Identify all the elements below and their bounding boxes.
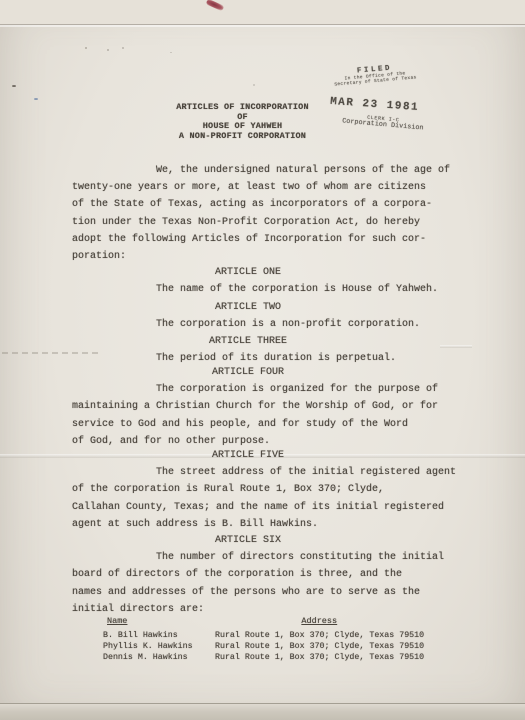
intro-line: of the State of Texas, acting as incorpo… xyxy=(72,196,450,213)
document-title: ARTICLES OF INCORPORATIONOFHOUSE OF YAHW… xyxy=(155,103,330,141)
article-line: service to God and his people, and for s… xyxy=(72,416,424,433)
directors-table-rows: B. Bill HawkinsRural Route 1, Box 370; C… xyxy=(103,631,424,664)
clerk-stamp: CLERK I-C Corporation Division xyxy=(332,112,435,134)
director-row: B. Bill HawkinsRural Route 1, Box 370; C… xyxy=(103,631,424,642)
article-two-heading: ARTICLE TWO xyxy=(72,299,424,316)
filed-date-stamp: MAR 23 1981 xyxy=(330,96,420,114)
article-line: Callahan County, Texas; and the name of … xyxy=(72,499,424,516)
article-line: The number of directors constituting the… xyxy=(72,549,424,566)
scanned-document-page: FILED In the Office of the Secretary of … xyxy=(0,0,525,720)
intro-line: tion under the Texas Non-Profit Corporat… xyxy=(72,214,450,231)
director-row-name: Dennis M. Hawkins xyxy=(103,653,215,664)
article-five-body: The street address of the initial regist… xyxy=(72,464,424,533)
article-five: ARTICLE FIVE The street address of the i… xyxy=(72,447,424,533)
article-line: board of directors of the corporation is… xyxy=(72,566,424,583)
ink-speck xyxy=(12,85,16,87)
article-line: names and addresses of the persons who a… xyxy=(72,584,424,601)
dust-speck xyxy=(85,47,87,49)
name-column-header: Name xyxy=(107,616,127,626)
article-line: agent at such address is B. Bill Hawkins… xyxy=(72,516,424,533)
intro-line: We, the undersigned natural persons of t… xyxy=(72,162,450,179)
article-three-heading: ARTICLE THREE xyxy=(72,333,424,350)
article-three: ARTICLE THREE The period of its duration… xyxy=(72,333,424,367)
article-two-body: The corporation is a non-profit corporat… xyxy=(72,316,424,333)
dust-speck xyxy=(170,52,172,53)
article-four-heading: ARTICLE FOUR xyxy=(72,364,424,381)
director-row: Phyllis K. HawkinsRural Route 1, Box 370… xyxy=(103,642,424,653)
intro-line: poration: xyxy=(72,248,450,265)
intro-line: twenty-one years or more, at least two o… xyxy=(72,179,450,196)
article-one: ARTICLE ONE The name of the corporation … xyxy=(72,264,424,298)
address-column-header: Address xyxy=(301,616,337,626)
filed-stamp: FILED In the Office of the Secretary of … xyxy=(315,61,434,90)
director-row: Dennis M. HawkinsRural Route 1, Box 370;… xyxy=(103,653,424,664)
document-title-line: A NON-PROFIT CORPORATION xyxy=(155,132,330,142)
article-line: The corporation is a non-profit corporat… xyxy=(72,316,424,333)
article-four-body: The corporation is organized for the pur… xyxy=(72,381,424,450)
dust-speck xyxy=(253,84,255,86)
director-row-name: Phyllis K. Hawkins xyxy=(103,642,215,653)
dust-speck xyxy=(122,47,124,49)
article-line: maintaining a Christian Church for the W… xyxy=(72,398,424,415)
article-one-body: The name of the corporation is House of … xyxy=(72,281,424,298)
director-row-address: Rural Route 1, Box 370; Clyde, Texas 795… xyxy=(215,653,424,662)
paper-fold-top xyxy=(0,0,525,25)
article-line: The name of the corporation is House of … xyxy=(72,281,424,298)
paper-bottom-edge xyxy=(0,703,525,720)
dust-speck xyxy=(107,49,109,51)
intro-line: adopt the following Articles of Incorpor… xyxy=(72,231,450,248)
intro-paragraph: We, the undersigned natural persons of t… xyxy=(72,162,450,265)
directors-table-header: NameAddress xyxy=(107,616,337,626)
article-six: ARTICLE SIX The number of directors cons… xyxy=(72,532,424,618)
director-row-name: B. Bill Hawkins xyxy=(103,631,215,642)
fold-crease-right xyxy=(440,345,472,348)
article-one-heading: ARTICLE ONE xyxy=(72,264,424,281)
article-line: The street address of the initial regist… xyxy=(72,464,424,481)
fold-highlight xyxy=(0,25,525,27)
blue-speck xyxy=(34,98,38,100)
article-six-heading: ARTICLE SIX xyxy=(72,532,424,549)
article-line: The corporation is organized for the pur… xyxy=(72,381,424,398)
director-row-address: Rural Route 1, Box 370; Clyde, Texas 795… xyxy=(215,631,424,640)
director-row-address: Rural Route 1, Box 370; Clyde, Texas 795… xyxy=(215,642,424,651)
article-five-heading: ARTICLE FIVE xyxy=(72,447,424,464)
article-line: of the corporation is Rural Route 1, Box… xyxy=(72,481,424,498)
article-two: ARTICLE TWO The corporation is a non-pro… xyxy=(72,299,424,333)
article-four: ARTICLE FOUR The corporation is organize… xyxy=(72,364,424,450)
article-six-body: The number of directors constituting the… xyxy=(72,549,424,618)
